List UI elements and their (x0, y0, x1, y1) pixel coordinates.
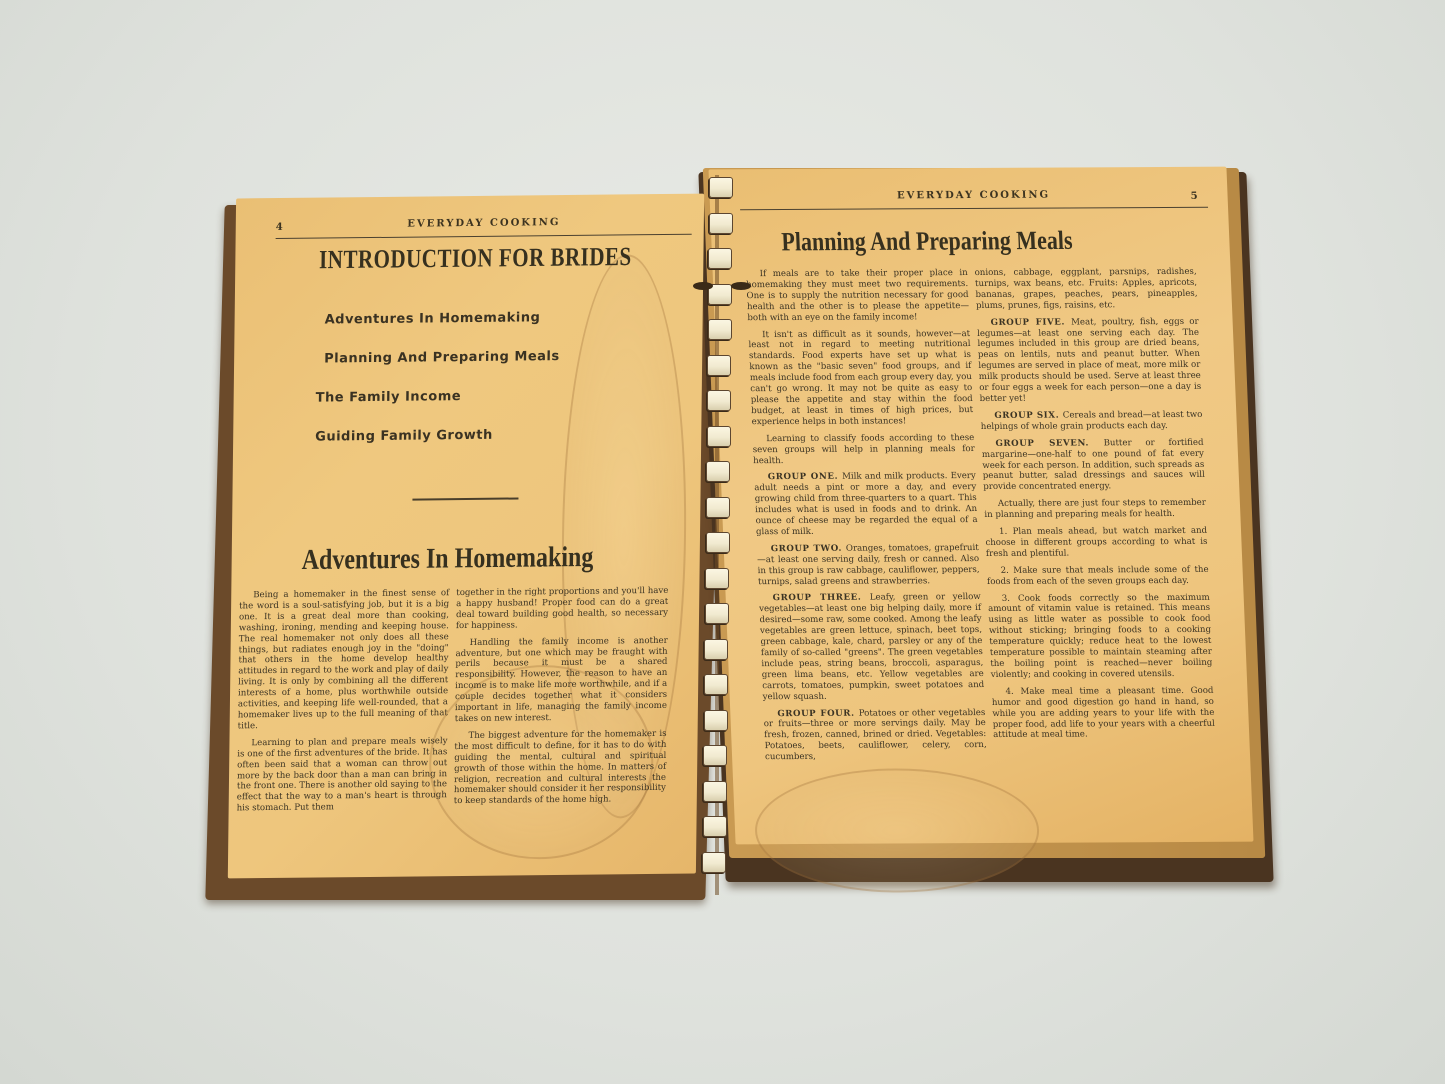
binding-coil (708, 248, 732, 269)
toc-item: Adventures In Homemaking (324, 310, 560, 351)
text-column: together in the right proportions and yo… (454, 586, 669, 813)
binding-coil (703, 781, 727, 802)
punched-hole (731, 282, 751, 290)
paragraph: Being a homemaker in the finest sense of… (238, 588, 450, 732)
group-label: GROUP SEVEN. (995, 438, 1104, 449)
binding-coil (706, 461, 730, 482)
binding-coil (703, 816, 727, 837)
binding-coil (708, 319, 732, 340)
section-title: Adventures In Homemaking (301, 542, 593, 577)
page-number: 5 (1190, 191, 1199, 202)
group-label: GROUP FOUR. (777, 708, 859, 718)
table-of-contents: Adventures In Homemaking Planning And Pr… (323, 310, 560, 468)
punched-hole (693, 282, 713, 290)
binding-coil (706, 497, 730, 518)
paragraph: GROUP SEVEN. Butter or fortified margari… (981, 438, 1205, 494)
paragraph: GROUP THREE. Leafy, green or yellow vege… (759, 592, 985, 702)
paragraph: 1. Plan meals ahead, but watch market an… (985, 526, 1208, 560)
binding-coil (709, 213, 733, 234)
binding-coil (707, 390, 731, 411)
group-label: GROUP FIVE. (990, 317, 1071, 327)
binding-coil (705, 568, 729, 589)
binding-coil (706, 532, 730, 553)
group-label: GROUP THREE. (773, 593, 871, 604)
paragraph: GROUP ONE. Milk and milk products. Every… (754, 471, 979, 538)
text-column: Being a homemaker in the finest sense of… (237, 588, 450, 820)
binding-coil (707, 355, 731, 376)
open-cookbook: 4 EVERYDAY COOKING INTRODUCTION FOR BRID… (0, 0, 1445, 1084)
binding-coil (702, 852, 726, 873)
running-head: 4 EVERYDAY COOKING (276, 216, 692, 239)
binding-coil (704, 674, 728, 695)
toc-item: Guiding Family Growth (315, 427, 559, 469)
left-page[interactable]: 4 EVERYDAY COOKING INTRODUCTION FOR BRID… (228, 194, 704, 879)
binding-coil (704, 639, 728, 660)
running-head: EVERYDAY COOKING 5 (739, 189, 1208, 210)
divider-rule (412, 497, 518, 500)
binding-coil (704, 710, 728, 731)
group-label: GROUP SIX. (994, 410, 1063, 420)
binding-coil (707, 426, 731, 447)
paragraph: The biggest adventure for the homemaker … (454, 729, 667, 808)
paragraph: 4. Make meal time a pleasant time. Good … (991, 686, 1215, 742)
binding-coil (709, 177, 733, 198)
binding-coil (703, 745, 727, 766)
paragraph: Handling the family income is another ad… (455, 635, 668, 724)
paragraph: GROUP FIVE. Meat, poultry, fish, eggs or… (976, 316, 1201, 404)
running-head-text: EVERYDAY COOKING (407, 217, 560, 230)
paragraph: It isn't as difficult as it sounds, howe… (748, 329, 974, 428)
group-label: GROUP TWO. (771, 544, 847, 554)
running-head-text: EVERYDAY COOKING (897, 190, 1051, 202)
section-title: Planning And Preparing Meals (781, 225, 1073, 258)
paragraph: GROUP SIX. Cereals and bread—at least tw… (980, 410, 1203, 433)
text-column: If meals are to take their proper place … (746, 268, 988, 769)
paragraph: onions, cabbage, eggplant, parsnips, rad… (974, 267, 1198, 312)
toc-item: The Family Income (315, 388, 559, 430)
paragraph: Actually, there are just four steps to r… (984, 498, 1207, 521)
paragraph: Learning to classify foods according to … (752, 433, 975, 467)
spiral-binding (705, 175, 729, 895)
page-number: 4 (276, 222, 285, 233)
paragraph: GROUP FOUR. Potatoes or other vegetables… (763, 708, 987, 764)
paragraph: If meals are to take their proper place … (746, 268, 970, 324)
chapter-title: INTRODUCTION FOR BRIDES (305, 241, 645, 276)
paragraph: Learning to plan and prepare meals wisel… (237, 736, 448, 815)
binding-coil (705, 603, 729, 624)
paragraph: 3. Cook foods correctly so the maximum a… (988, 592, 1213, 680)
paragraph: GROUP TWO. Oranges, tomatoes, grapefruit… (757, 543, 981, 588)
toc-item: Planning And Preparing Meals (324, 349, 560, 390)
text-column: onions, cabbage, eggplant, parsnips, rad… (974, 267, 1215, 747)
paragraph: 2. Make sure that meals include some of … (986, 565, 1209, 588)
paragraph: together in the right proportions and yo… (456, 586, 669, 632)
right-page[interactable]: EVERYDAY COOKING 5 Planning And Preparin… (708, 167, 1253, 845)
group-label: GROUP ONE. (768, 472, 843, 482)
